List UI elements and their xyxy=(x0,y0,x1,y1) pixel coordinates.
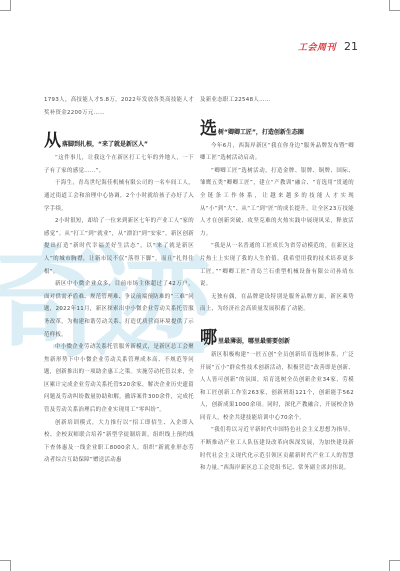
crop-mark-bottom-left xyxy=(0,560,11,571)
left-column: 1793人，高技能人才5.8万，2022年发放各类高技能人才奖补资金2200万元… xyxy=(44,94,194,467)
crop-mark-top-right xyxy=(389,0,400,11)
paragraph: “我是从一名普通的工匠成长为省劳动模范的，在新区这片热土上实现了我的人生价值，我… xyxy=(200,240,354,290)
paragraph: 中小微企业劳动关系托管服务新模式，是新区总工会聚焦新形势下中小微企业劳动关系管理… xyxy=(44,341,194,417)
section-title: 里最薄弱，哪里最需要创新 xyxy=(218,337,290,347)
drop-cap: 哪 xyxy=(200,330,217,347)
section-heading-3: 哪 里最薄弱，哪里最需要创新 xyxy=(200,330,354,347)
section-heading-2: 选 树“卿卿工匠”，打造创新生态圈 xyxy=(200,121,354,138)
paragraph: 无独有偶，在品牌建设特别是服务品牌方面，新区乘势而上，为经济社会高质量发展积蓄了… xyxy=(200,291,354,316)
paragraph: “这件事儿，让我这个在新区打工七年的外地人，一下子有了家的感觉……”。 xyxy=(44,152,194,177)
page-header: 工会周刊 21 xyxy=(298,40,358,53)
paragraph: “我们将以习近平新时代中国特色社会主义思想为指导，不断推动产业工人队伍建设改革向… xyxy=(200,424,354,474)
right-intro-paragraph: 及新业态职工22548人…… xyxy=(200,94,354,107)
section-title: 落脚到扎根，“来了就是新区人” xyxy=(62,140,148,150)
crop-mark-top-left xyxy=(0,0,11,11)
drop-cap: 从 xyxy=(44,133,61,150)
page-number: 21 xyxy=(344,40,358,53)
right-column: 及新业态职工22548人…… 选 树“卿卿工匠”，打造创新生态圈 今年6月，西海… xyxy=(200,94,354,475)
section-heading-1: 从 落脚到扎根，“来了就是新区人” xyxy=(44,133,194,150)
crop-mark-bottom-right xyxy=(389,560,400,571)
magazine-brand: 工会周刊 xyxy=(298,40,336,53)
paragraph: 于海生，青岛世纪海佳机械有限公司的一名车间工人，通过街道工会和治理中心协调，2个… xyxy=(44,177,194,215)
paragraph: 2小时很短，却给了一位来到新区七年的产业工人“家的感觉”。从“打工”到“就业”，… xyxy=(44,215,194,278)
paragraph: 今年6月，西海岸新区“我在你身边”服务品牌发布暨“卿卿工匠”选树活动启动。 xyxy=(200,140,354,165)
drop-cap: 选 xyxy=(200,121,217,138)
left-intro-paragraph: 1793人，高技能人才5.8万，2022年发放各类高技能人才奖补资金2200万元… xyxy=(44,94,194,119)
section-title: 树“卿卿工匠”，打造创新生态圈 xyxy=(218,128,304,138)
paragraph: “卿卿工匠”选树活动，打造金牌、银牌、铜牌、国际、雏鹰五类“卿卿工匠”，建立“产… xyxy=(200,165,354,241)
paragraph: 新区积极构建“一匠五创”全员创新培育选树体系，广泛开展“五小”群众性技术创新活动… xyxy=(200,349,354,425)
paragraph: 新区中小微企业众多，目前市场主体超过了42万户，面对供需矛盾难、规范管理难、争议… xyxy=(44,278,194,341)
paragraph: 创新培训模式，大力推行以“招工即招生、入企即入校、企校双师联合培养”新型学徒制培… xyxy=(44,417,194,467)
